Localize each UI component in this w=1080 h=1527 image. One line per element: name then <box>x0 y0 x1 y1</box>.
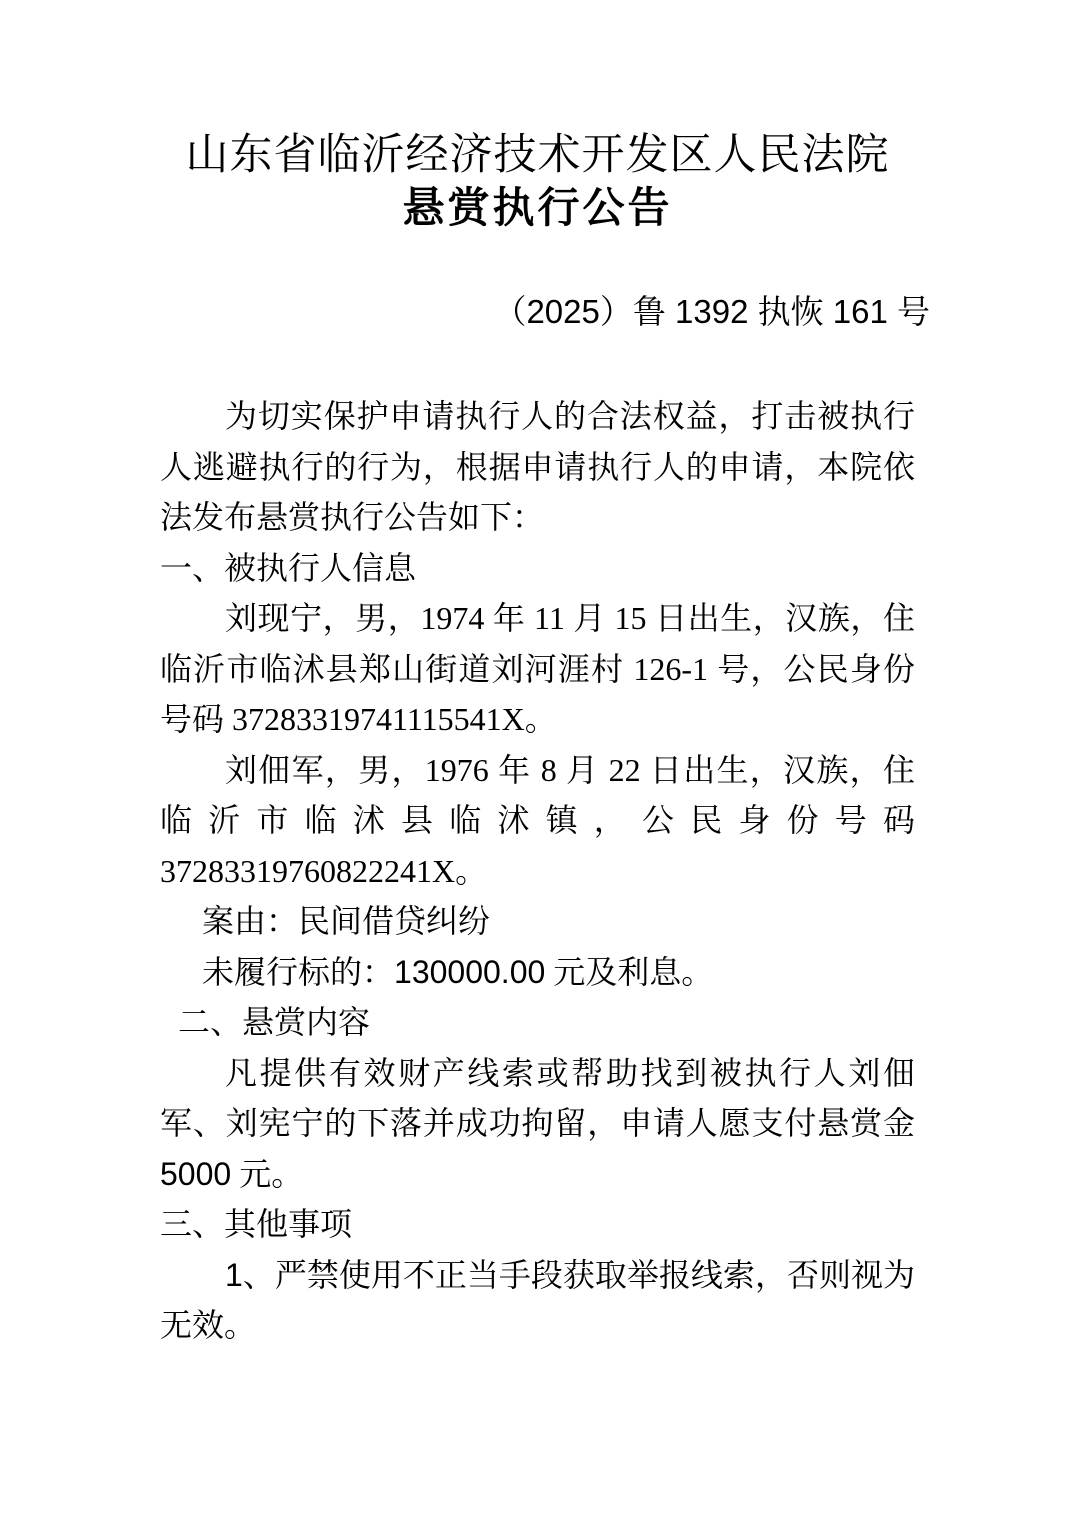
target-amount: 130000.00 <box>394 954 545 990</box>
reward-tail: 元。 <box>231 1156 303 1192</box>
target-label: 未履行标的： <box>202 954 394 990</box>
document-body: 为切实保护申请执行人的合法权益，打击被执行人逃避执行的行为，根据申请执行人的申请… <box>160 391 915 1351</box>
section-2-heading: 二、悬赏内容 <box>160 997 915 1048</box>
court-name: 山东省临沂经济技术开发区人民法院 <box>160 130 915 182</box>
reward-amount: 5000 <box>160 1156 231 1192</box>
intro-paragraph: 为切实保护申请执行人的合法权益，打击被执行人逃避执行的行为，根据申请执行人的申请… <box>160 391 915 543</box>
other-item-1: 1、严禁使用不正当手段获取举报线索，否则视为无效。 <box>160 1250 915 1351</box>
target-tail: 元及利息。 <box>545 954 713 990</box>
debtor-1-paragraph: 刘现宁，男，1974 年 11 月 15 日出生，汉族，住临沂市临沭县郑山街道刘… <box>160 593 915 745</box>
item-1-number: 1 <box>225 1257 243 1293</box>
reward-paragraph: 凡提供有效财产线索或帮助找到被执行人刘佃军、刘宪宁的下落并成功拘留，申请人愿支付… <box>160 1048 915 1200</box>
item-1-text: 、严禁使用不正当手段获取举报线索，否则视为无效。 <box>160 1257 915 1344</box>
section-3-heading: 三、其他事项 <box>160 1199 915 1250</box>
section-1-heading: 一、被执行人信息 <box>160 543 915 594</box>
unfulfilled-target-line: 未履行标的：130000.00 元及利息。 <box>160 947 915 998</box>
case-cause-line: 案由：民间借贷纠纷 <box>160 896 915 947</box>
case-number: （2025）鲁 1392 执恢 161 号 <box>160 288 930 336</box>
document-page: 山东省临沂经济技术开发区人民法院 悬赏执行公告 （2025）鲁 1392 执恢 … <box>0 0 1080 1527</box>
announcement-title: 悬赏执行公告 <box>160 182 915 234</box>
debtor-2-paragraph: 刘佃军，男，1976 年 8 月 22 日出生，汉族，住临沂市临沭县临沭镇，公民… <box>160 745 915 897</box>
reward-text: 凡提供有效财产线索或帮助找到被执行人刘佃军、刘宪宁的下落并成功拘留，申请人愿支付… <box>160 1055 915 1142</box>
